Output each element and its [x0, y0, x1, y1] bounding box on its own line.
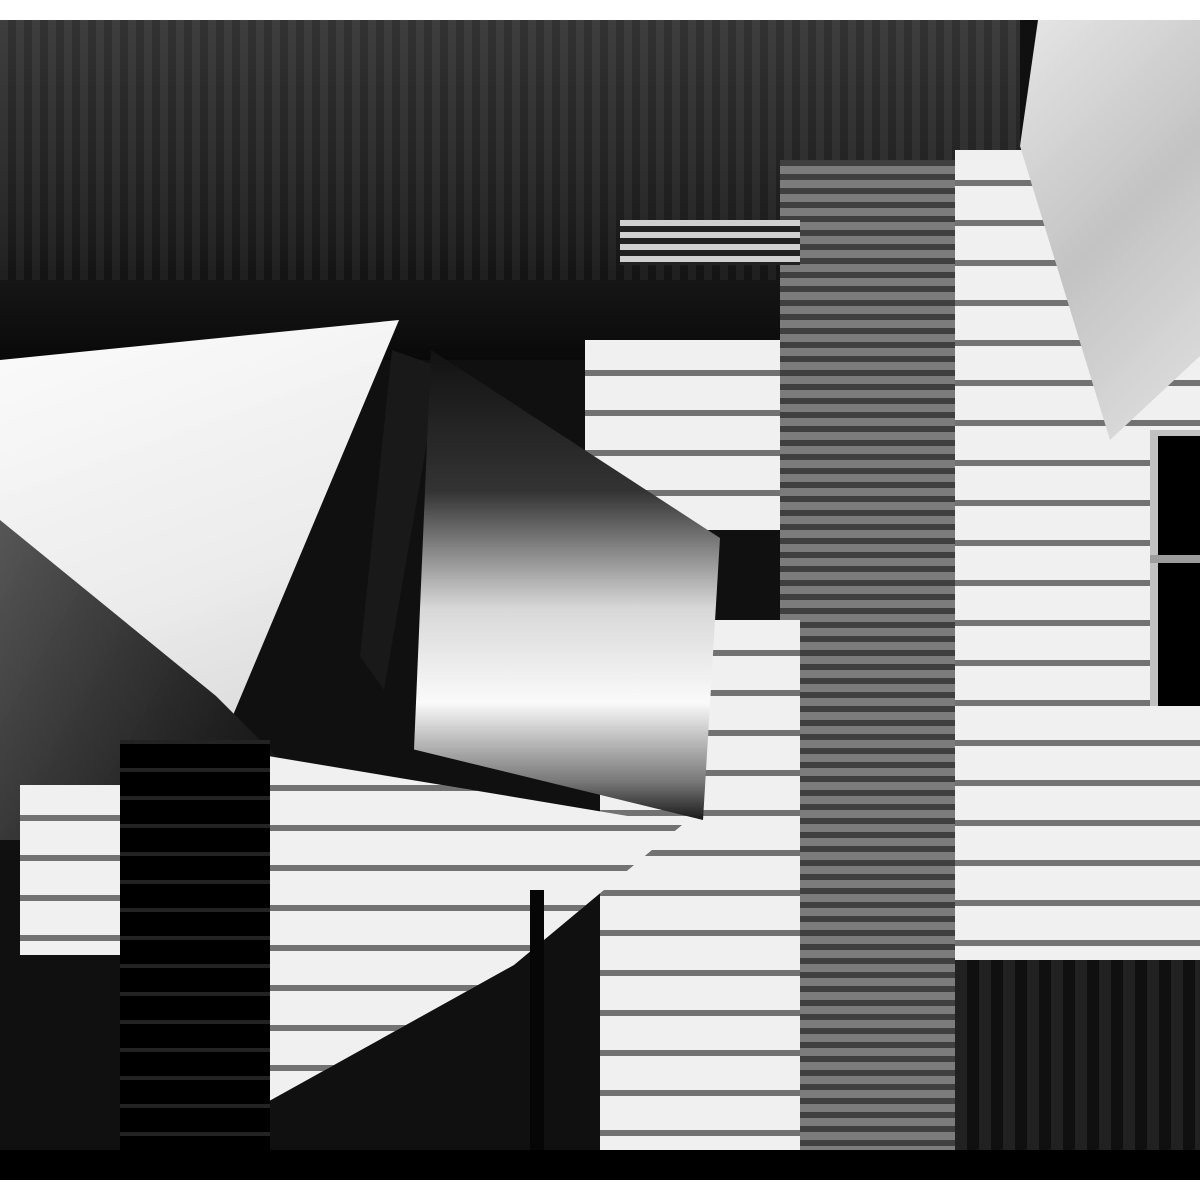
- dark-railing: [120, 740, 270, 1180]
- house-photo: [0, 20, 1200, 1180]
- eave-overhang: [620, 220, 800, 265]
- foundation: [955, 960, 1200, 1180]
- ground-shadow: [0, 1150, 1200, 1180]
- window: [1150, 430, 1200, 706]
- window-mullion: [1150, 555, 1200, 563]
- post: [530, 890, 544, 1150]
- shaded-siding-wall: [780, 160, 955, 1180]
